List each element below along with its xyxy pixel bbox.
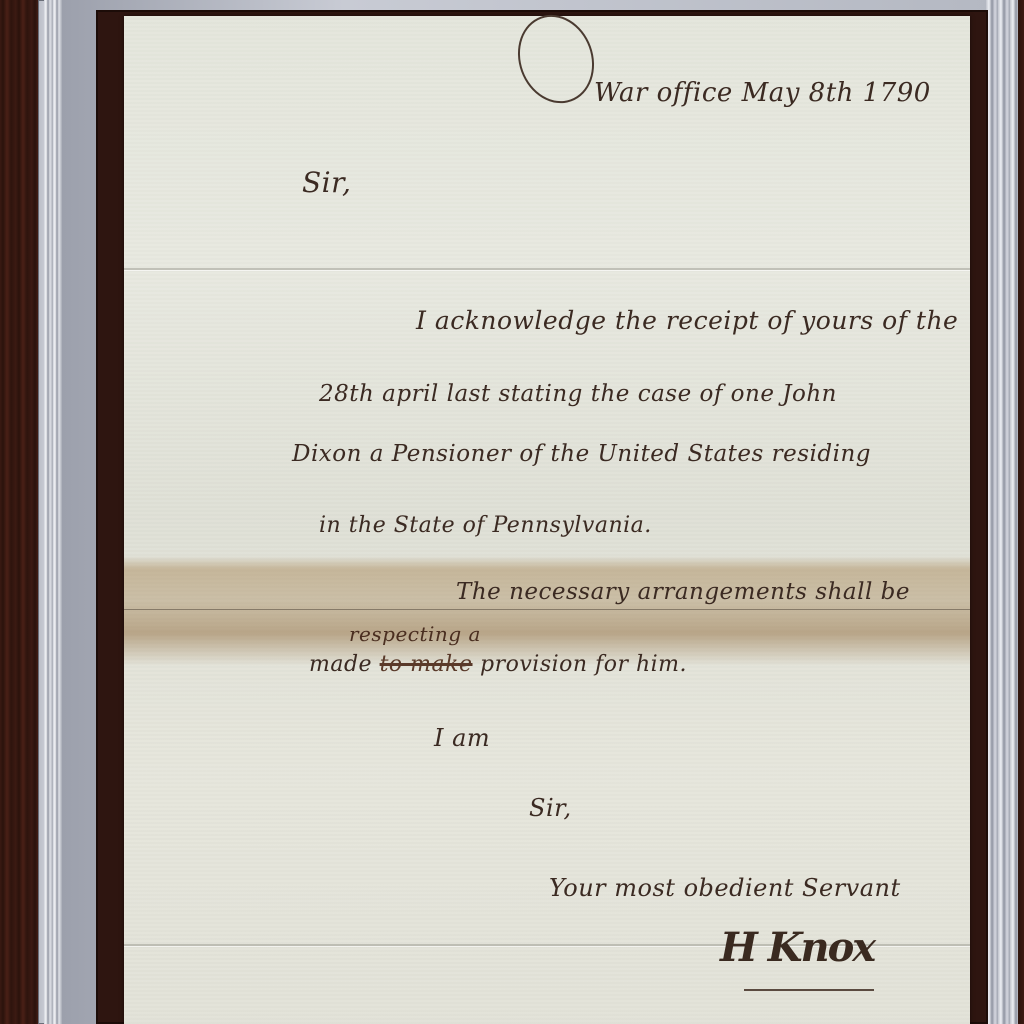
holder-right-rail: [986, 0, 1018, 1024]
body-line-3: Dixon a Pensioner of the United States r…: [292, 441, 871, 467]
closing-servant: Your most obedient Servant: [549, 874, 901, 902]
body-line-2: 28th april last stating the case of one …: [319, 381, 837, 407]
dateline: War office May 8th 1790: [594, 78, 931, 108]
flourish-ornament: [506, 4, 606, 114]
struck-text: to make: [380, 652, 473, 677]
letter-paper: War office May 8th 1790 Sir, I acknowled…: [124, 16, 970, 1024]
line6-start: made: [309, 652, 372, 677]
fold-line-top: [124, 268, 970, 270]
closing-sir: Sir,: [529, 794, 572, 822]
line6-end: provision for him.: [480, 652, 687, 677]
salutation: Sir,: [302, 166, 351, 199]
ruled-line: [124, 609, 970, 610]
signature: H Knox: [720, 924, 874, 971]
body-line-4: in the State of Pennsylvania.: [319, 513, 652, 538]
closing-i-am: I am: [434, 724, 490, 752]
body-line-6: made to make provision for him.: [309, 652, 687, 677]
signature-underline: [744, 989, 874, 991]
inserted-correction: respecting a: [349, 622, 481, 646]
body-line-1: I acknowledge the receipt of yours of th…: [416, 306, 958, 335]
tape-stain: [124, 556, 970, 666]
body-line-5: The necessary arrangements shall be: [456, 579, 910, 605]
